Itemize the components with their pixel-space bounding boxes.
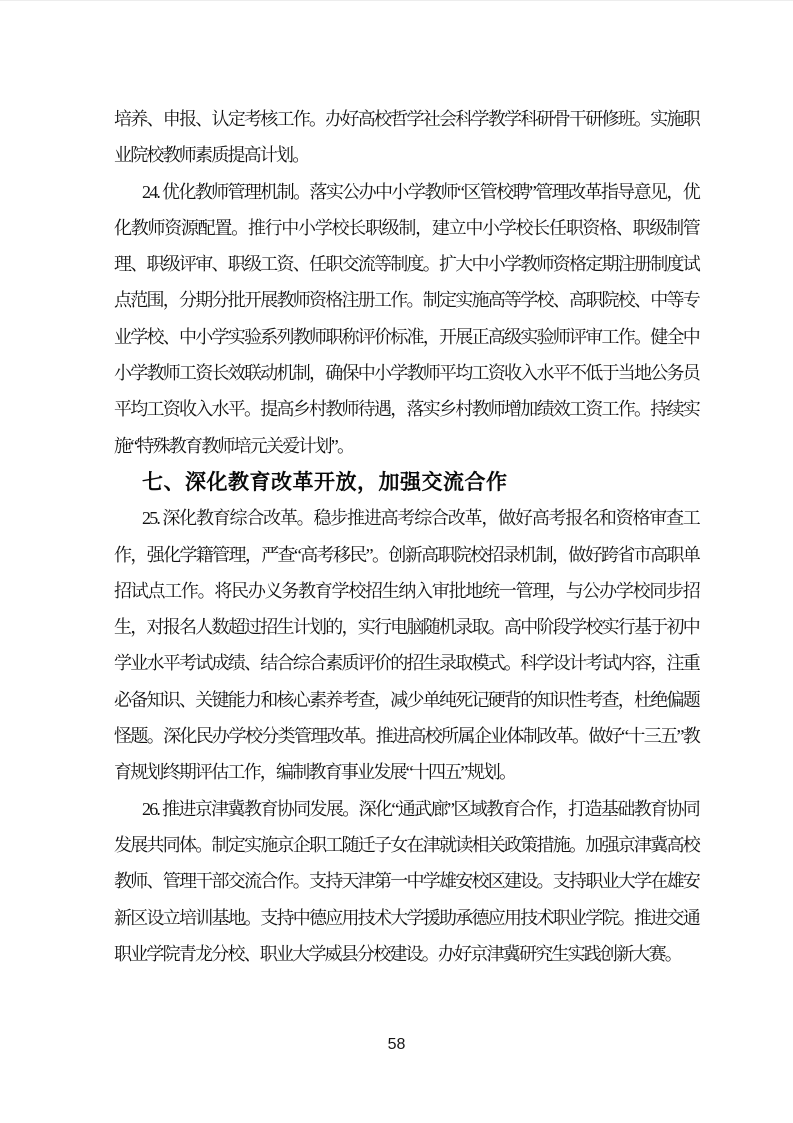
document-body: 培养、申报、认定考核工作。办好高校哲学社会科学教学科研骨干研修班。实施职业院校教…	[114, 101, 699, 972]
page-number: 58	[0, 1036, 793, 1054]
paragraph-item-26: 26. 推进京津冀教育协同发展。深化“通武廊”区域教育合作，打造基础教育协同发展…	[114, 791, 699, 972]
paragraph-item-25: 25. 深化教育综合改革。稳步推进高考综合改革，做好高考报名和资格审查工作，强化…	[114, 500, 699, 790]
paragraph-continuation: 培养、申报、认定考核工作。办好高校哲学社会科学教学科研骨干研修班。实施职业院校教…	[114, 101, 699, 174]
section-heading-7: 七、深化教育改革开放，加强交流合作	[114, 464, 699, 500]
document-page: 培养、申报、认定考核工作。办好高校哲学社会科学教学科研骨干研修班。实施职业院校教…	[0, 0, 793, 1123]
paragraph-item-24: 24. 优化教师管理机制。落实公办中小学教师“区管校聘”管理改革指导意见，优化教…	[114, 174, 699, 464]
